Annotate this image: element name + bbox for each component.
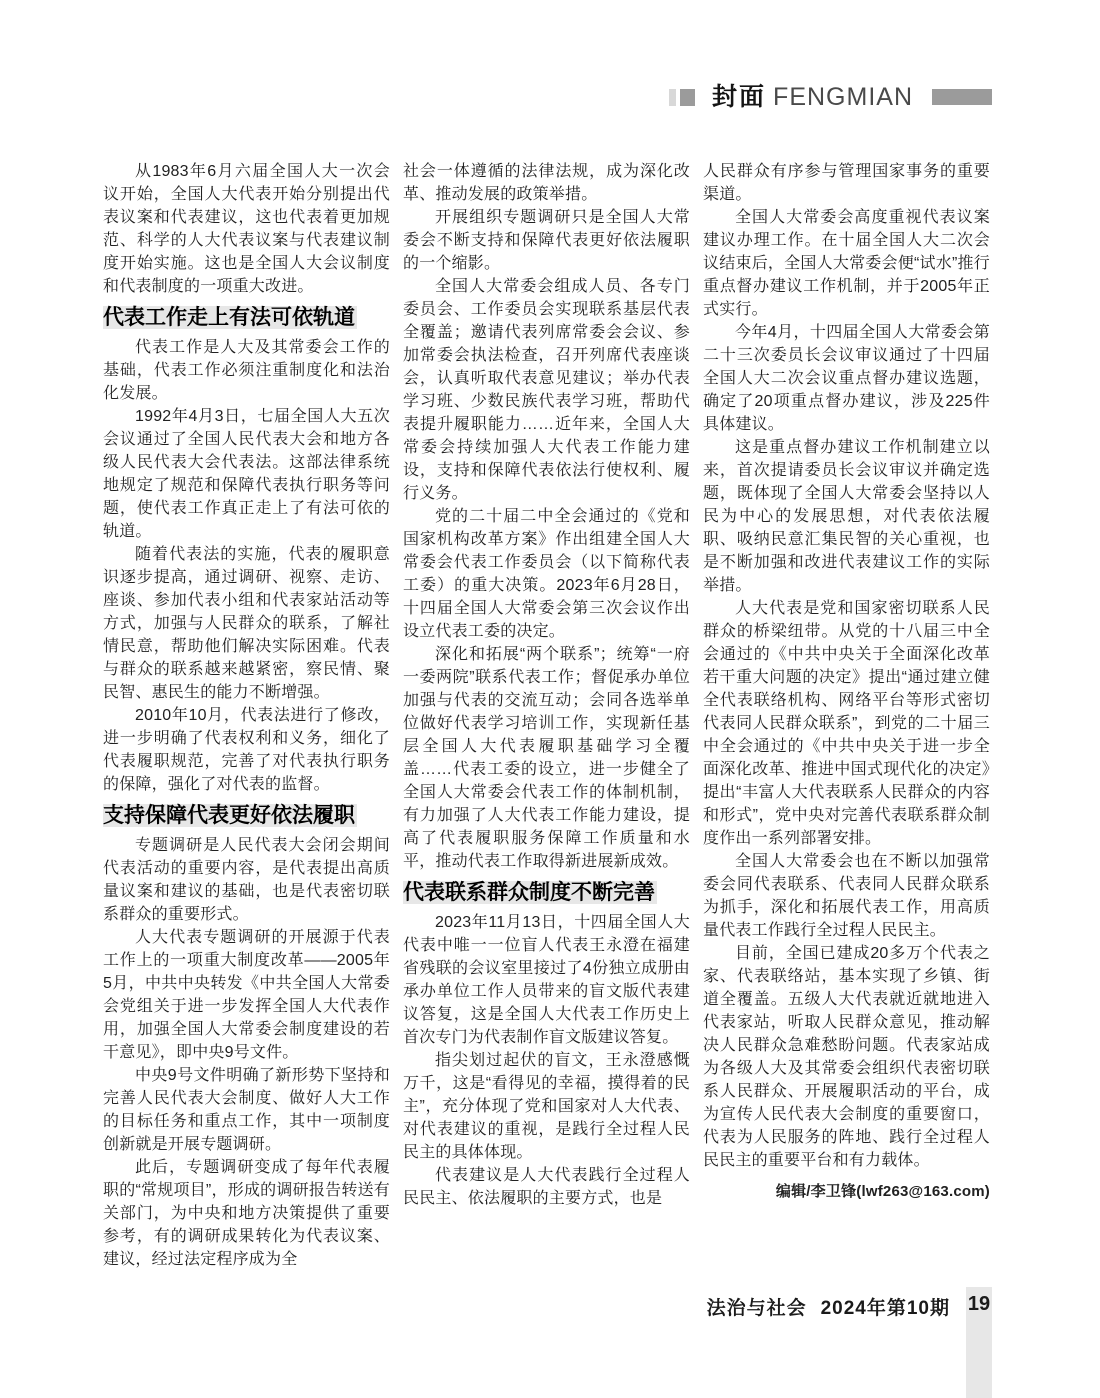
- paragraph: 2010年10月，代表法进行了修改，进一步明确了代表权利和义务，细化了代表履职规…: [103, 704, 390, 796]
- column-3: 人民群众有序参与管理国家事务的重要渠道。 全国人大常委会高度重视代表议案建议办理…: [703, 160, 990, 1271]
- section-title-english: FENGMIAN: [773, 85, 913, 109]
- section-title-chinese: 封面: [712, 85, 766, 109]
- paragraph: 此后，专题调研变成了每年代表履职的“常规项目”，形成的调研报告转送有关部门，为中…: [103, 1156, 390, 1271]
- paragraph: 党的二十届二中全会通过的《党和国家机构改革方案》作出组建全国人大常委会代表工作委…: [403, 505, 690, 643]
- page-header: 封面 FENGMIAN: [669, 85, 992, 109]
- article-body: 从1983年6月六届全国人大一次会议开始，全国人大代表开始分别提出代表议案和代表…: [103, 160, 990, 1271]
- section-heading: 代表工作走上有法可依轨道: [103, 302, 390, 333]
- section-heading-text: 代表联系群众制度不断完善: [403, 881, 657, 904]
- section-heading: 代表联系群众制度不断完善: [403, 877, 690, 908]
- paragraph: 全国人大常委会高度重视代表议案建议办理工作。在十届全国人大二次会议结束后，全国人…: [703, 206, 990, 321]
- paragraph: 从1983年6月六届全国人大一次会议开始，全国人大代表开始分别提出代表议案和代表…: [103, 160, 390, 298]
- paragraph-continuation: 人民群众有序参与管理国家事务的重要渠道。: [703, 160, 990, 206]
- editor-credit-line: 编辑/李卫锋(lwf263@163.com): [703, 1180, 990, 1201]
- section-heading-text: 支持保障代表更好依法履职: [103, 804, 357, 827]
- paragraph: 代表建议是人大代表践行全过程人民民主、依法履职的主要方式，也是: [403, 1164, 690, 1210]
- section-heading-text: 代表工作走上有法可依轨道: [103, 306, 357, 329]
- page-footer: 法治与社会2024年第10期: [707, 1293, 950, 1320]
- paragraph: 人大代表专题调研的开展源于代表工作上的一项重大制度改革——2005年5月，中共中…: [103, 926, 390, 1064]
- paragraph: 指尖划过起伏的盲文，王永澄感慨万千，这是“看得见的幸福，摸得着的民主”，充分体现…: [403, 1049, 690, 1164]
- paragraph: 今年4月，十四届全国人大常委会第二十三次委员长会议审议通过了十四届全国人大二次会…: [703, 321, 990, 436]
- paragraph: 人大代表是党和国家密切联系人民群众的桥梁纽带。从党的十八届三中全会通过的《中共中…: [703, 597, 990, 850]
- issue-label: 2024年第10期: [821, 1298, 950, 1319]
- paragraph: 深化和拓展“两个联系”；统筹“一府一委两院”联系代表工作；督促承办单位加强与代表…: [403, 643, 690, 873]
- paragraph-continuation: 社会一体遵循的法律法规，成为深化改革、推动发展的政策举措。: [403, 160, 690, 206]
- paragraph: 目前，全国已建成20多万个代表之家、代表联络站，基本实现了乡镇、街道全覆盖。五级…: [703, 942, 990, 1172]
- header-accent-bar-dark: [680, 89, 695, 106]
- paragraph: 中央9号文件明确了新形势下坚持和完善人民代表大会制度、做好人大工作的目标任务和重…: [103, 1064, 390, 1156]
- paragraph: 2023年11月13日，十四届全国人大代表中唯一一位盲人代表王永澄在福建省残联的…: [403, 911, 690, 1049]
- paragraph: 开展组织专题调研只是全国人大常委会不断支持和保障代表更好依法履职的一个缩影。: [403, 206, 690, 275]
- paragraph: 随着代表法的实施，代表的履职意识逐步提高，通过调研、视察、走访、座谈、参加代表小…: [103, 543, 390, 704]
- page-number: 19: [966, 1294, 992, 1314]
- column-1: 从1983年6月六届全国人大一次会议开始，全国人大代表开始分别提出代表议案和代表…: [103, 160, 390, 1271]
- header-accent-bar-light: [669, 89, 676, 106]
- section-heading: 支持保障代表更好依法履职: [103, 800, 390, 831]
- paragraph: 全国人大常委会也在不断以加强常委会同代表联系、代表同人民群众联系为抓手，深化和拓…: [703, 850, 990, 942]
- magazine-page: 封面 FENGMIAN 从1983年6月六届全国人大一次会议开始，全国人大代表开…: [0, 0, 1100, 1398]
- paragraph: 1992年4月3日，七届全国人大五次会议通过了全国人民代表大会和地方各级人民代表…: [103, 405, 390, 543]
- paragraph: 代表工作是人大及其常委会工作的基础，代表工作必须注重制度化和法治化发展。: [103, 336, 390, 405]
- column-2: 社会一体遵循的法律法规，成为深化改革、推动发展的政策举措。 开展组织专题调研只是…: [403, 160, 690, 1271]
- paragraph: 全国人大常委会组成人员、各专门委员会、工作委员会实现联系基层代表全覆盖；邀请代表…: [403, 275, 690, 505]
- journal-title: 法治与社会: [707, 1298, 807, 1319]
- page-number-strip: 19: [966, 1287, 992, 1398]
- paragraph: 专题调研是人民代表大会闭会期间代表活动的重要内容，是代表提出高质量议案和建议的基…: [103, 834, 390, 926]
- paragraph: 这是重点督办建议工作机制建立以来，首次提请委员长会议审议并确定选题，既体现了全国…: [703, 436, 990, 597]
- header-accent-bar-right: [932, 89, 992, 105]
